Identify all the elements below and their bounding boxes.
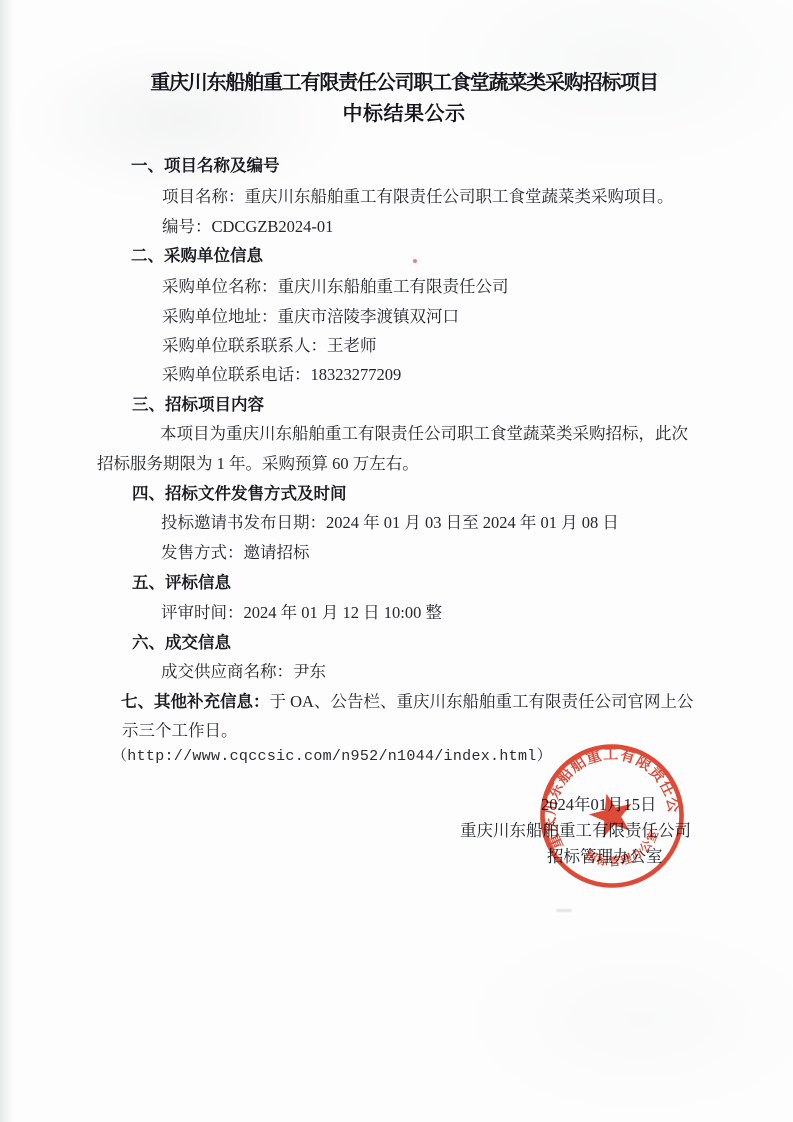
section7-wrap-line: 示三个工作日。 bbox=[122, 721, 238, 741]
content-paragraph-line2: 招标服务期限为 1 年。采购预算 60 万左右。 bbox=[97, 454, 419, 474]
section7-heading-bold: 七、其他补充信息： bbox=[121, 692, 270, 711]
section6-heading: 六、成交信息 bbox=[132, 633, 231, 653]
document-title-line2: 中标结果公示 bbox=[97, 102, 711, 126]
section4-heading: 四、招标文件发售方式及时间 bbox=[132, 484, 347, 504]
project-code-line: 编号：CDCGZB2024-01 bbox=[162, 217, 333, 237]
scan-edge-artifact bbox=[0, 0, 16, 1122]
scan-smudge bbox=[556, 909, 572, 912]
invite-date-line: 投标邀请书发布日期：2024 年 01 月 03 日至 2024 年 01 月 … bbox=[161, 513, 619, 533]
review-time-line: 评审时间：2024 年 01 月 12 日 10:00 整 bbox=[161, 603, 442, 623]
section7-heading-line: 七、其他补充信息：于 OA、公告栏、重庆川东船舶重工有限责任公司官网上公 bbox=[121, 692, 693, 712]
project-name-line: 项目名称：重庆川东船舶重工有限责任公司职工食堂蔬菜类采购项目。 bbox=[162, 187, 674, 207]
content-paragraph-line1: 本项目为重庆川东船舶重工有限责任公司职工食堂蔬菜类采购招标，此次 bbox=[160, 424, 688, 444]
buyer-address-line: 采购单位地址：重庆市涪陵李渡镇双河口 bbox=[162, 307, 459, 327]
buyer-name-line: 采购单位名称：重庆川东船舶重工有限责任公司 bbox=[162, 277, 509, 297]
scan-texture bbox=[0, 0, 793, 1122]
buyer-contact-line: 采购单位联系联系人：王老师 bbox=[162, 336, 377, 356]
result-url-line: （http://www.cqccsic.com/n952/n1044/index… bbox=[112, 748, 552, 766]
section2-heading: 二、采购单位信息 bbox=[131, 246, 263, 266]
buyer-phone-line: 采购单位联系电话：18323277209 bbox=[162, 365, 401, 385]
section3-heading: 三、招标项目内容 bbox=[132, 395, 264, 415]
seal-star-icon bbox=[585, 788, 638, 839]
section7-heading-rest: 于 OA、公告栏、重庆川东船舶重工有限责任公司官网上公 bbox=[270, 692, 694, 711]
section5-heading: 五、评标信息 bbox=[132, 573, 231, 593]
official-seal: 重庆川东船舶重工有限责任公司 招标管理办公室 bbox=[527, 731, 697, 901]
section1-heading: 一、项目名称及编号 bbox=[131, 156, 280, 176]
sale-method-line: 发售方式：邀请招标 bbox=[161, 543, 310, 563]
ink-speck bbox=[413, 259, 417, 263]
document-title-line1: 重庆川东船舶重工有限责任公司职工食堂蔬菜类采购招标项目 bbox=[97, 71, 711, 95]
scanned-document-page: 重庆川东船舶重工有限责任公司职工食堂蔬菜类采购招标项目 中标结果公示 一、项目名… bbox=[0, 0, 793, 1122]
winner-line: 成交供应商名称：尹东 bbox=[161, 662, 326, 682]
